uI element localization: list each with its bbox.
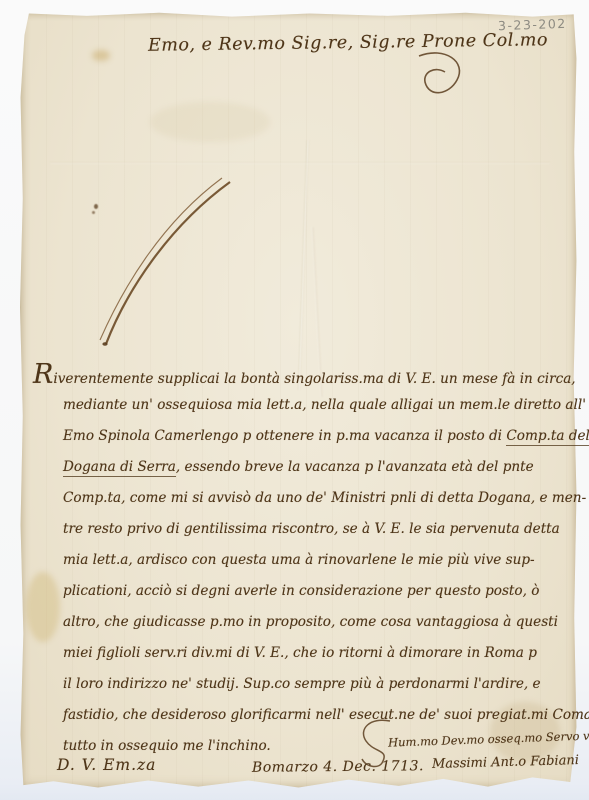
body-line: miei figlioli serv.ri div.mi di V. E., c… — [63, 638, 581, 669]
body-line-text: mia lett.a, ardisco con questa uma à rin… — [63, 552, 535, 568]
body-line: il loro indirizzo ne' studij. Sup.co sem… — [63, 669, 581, 700]
body-line-text: Comp.ta, come mi si avvisò da uno de' Mi… — [63, 490, 586, 506]
body-line-text: tre resto privo di gentilissima riscontr… — [63, 521, 560, 537]
body-line-text: Riverentemente supplicai la bontà singol… — [33, 371, 576, 387]
ink-dot — [94, 204, 98, 209]
body-line: mediante un' ossequiosa mia lett.a, nell… — [63, 390, 581, 421]
body-line: Comp.ta, come mi si avvisò da uno de' Mi… — [63, 483, 581, 514]
age-stain — [150, 102, 270, 142]
body-line: tre resto privo di gentilissima riscontr… — [63, 514, 581, 545]
underlined-phrase: Dogana di Serra — [63, 459, 176, 477]
body-line-text: , essendo breve la vacanza p l'avanzata … — [176, 459, 534, 475]
letter-body: Riverentemente supplicai la bontà singol… — [33, 359, 581, 762]
underlined-phrase: Comp.ta della — [506, 428, 589, 446]
body-line-text: il loro indirizzo ne' studij. Sup.co sem… — [63, 676, 541, 692]
body-line-text: miei figlioli serv.ri div.mi di V. E., c… — [63, 645, 537, 661]
scanned-letter-page: 3-23-202 Emo, e Rev.mo Sig.re, Sig.re Pr… — [0, 0, 589, 800]
body-line-text: fastidio, che desideroso glorificarmi ne… — [63, 707, 589, 723]
body-line: Dogana di Serra, essendo breve la vacanz… — [63, 452, 581, 483]
body-line: Emo Spinola Camerlengo p ottenere in p.m… — [63, 421, 581, 452]
body-line-text: tutto in ossequio me l'inchino. — [63, 738, 271, 754]
body-line: Riverentemente supplicai la bontà singol… — [33, 359, 581, 390]
body-line-text: mediante un' ossequiosa mia lett.a, nell… — [63, 397, 586, 413]
valediction: D. V. Em.za — [57, 756, 156, 774]
fold-crease — [50, 162, 550, 164]
place-date-line: Bomarzo 4. Dec. 1713. — [252, 758, 424, 775]
body-line-text: altro, che giudicasse p.mo in proposito,… — [63, 614, 558, 630]
body-line: plicationi, acciò si degni averle in con… — [63, 576, 581, 607]
fold-crease — [298, 140, 310, 390]
body-line: fastidio, che desideroso glorificarmi ne… — [63, 700, 581, 731]
body-line-text: Emo Spinola Camerlengo p ottenere in p.m… — [63, 428, 506, 444]
body-line: altro, che giudicasse p.mo in proposito,… — [63, 607, 581, 638]
age-stain — [92, 50, 110, 61]
ink-dot — [92, 211, 95, 214]
body-line: mia lett.a, ardisco con questa uma à rin… — [63, 545, 581, 576]
body-line-text: plicationi, acciò si degni averle in con… — [63, 583, 539, 599]
